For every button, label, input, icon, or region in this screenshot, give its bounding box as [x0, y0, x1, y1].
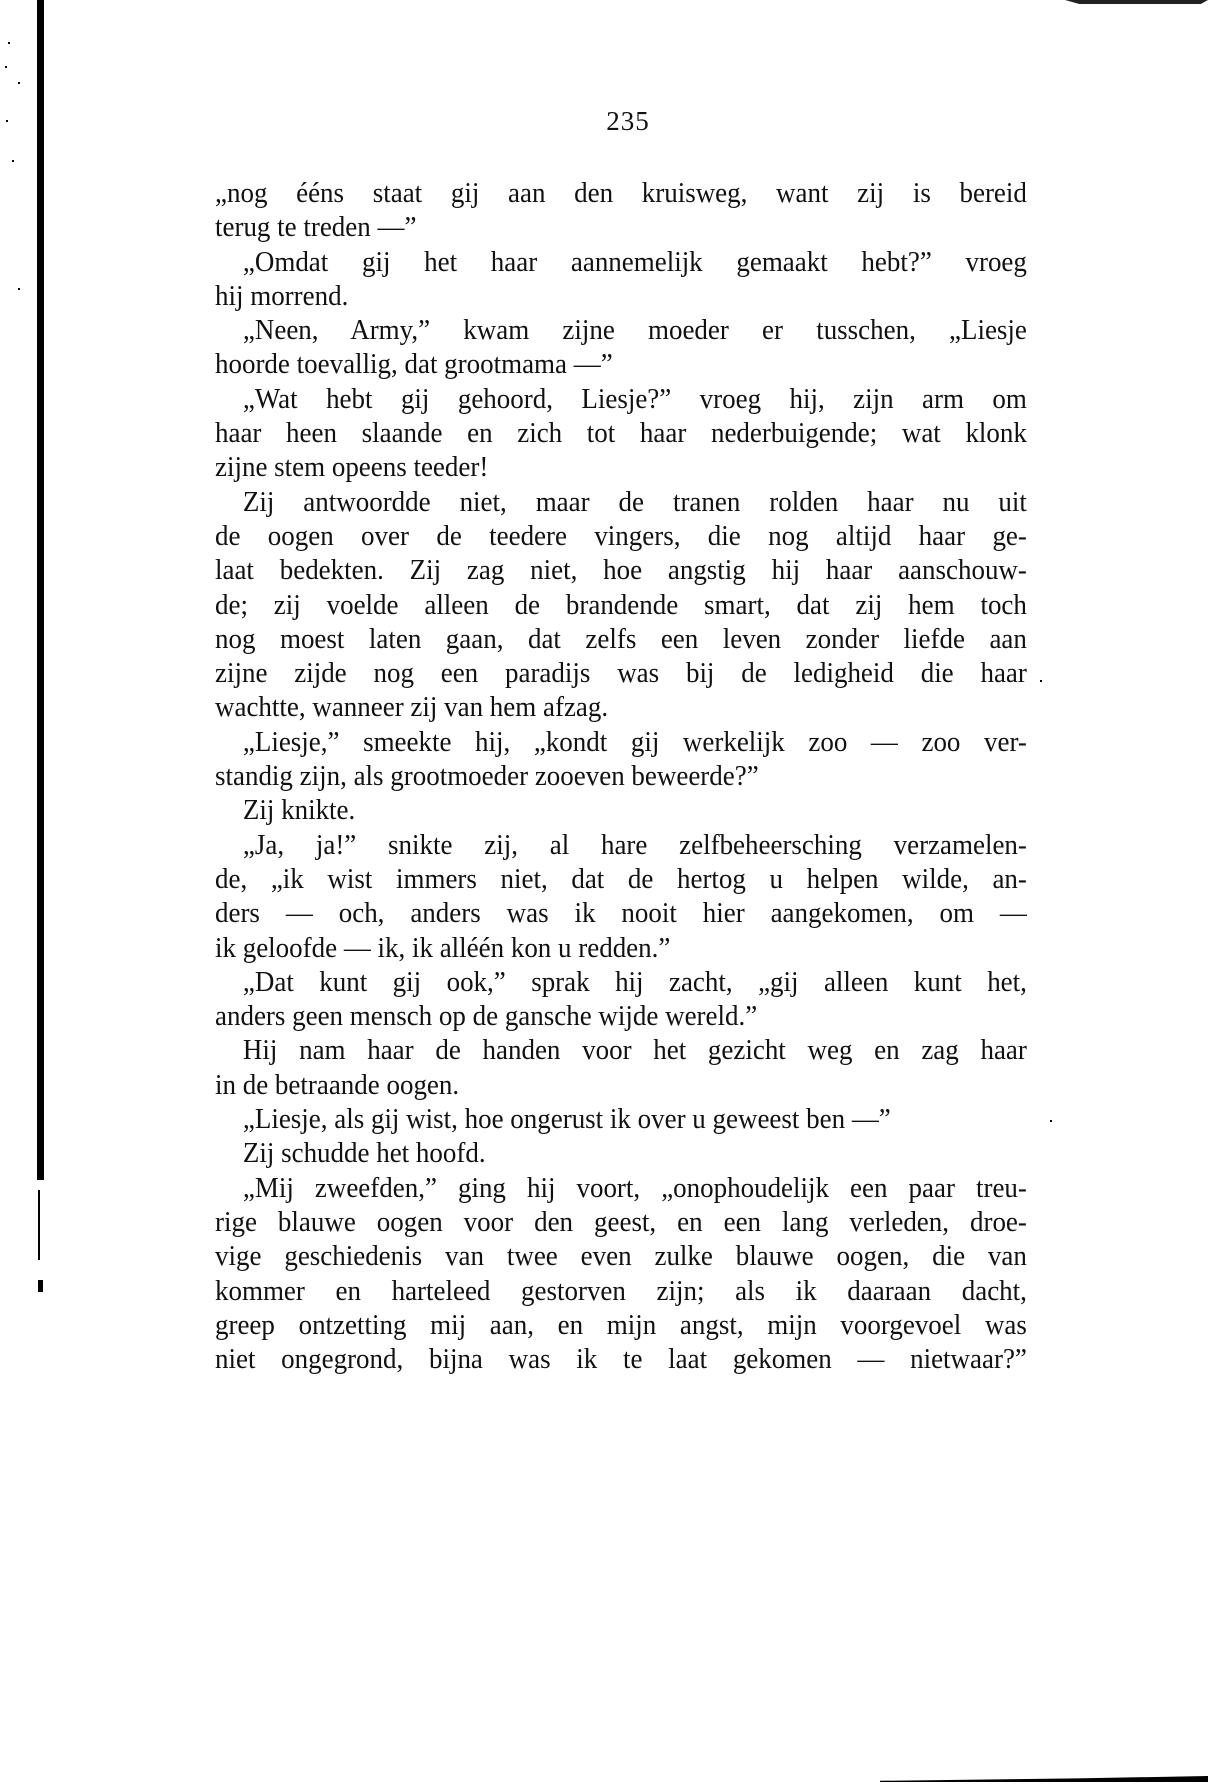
scan-speck — [18, 82, 20, 84]
text-line: hoorde toevallig, dat grootmama —” — [215, 347, 1027, 381]
text-line: „Neen, Army,” kwam zijne moeder er tussc… — [215, 313, 1027, 347]
scan-speck — [1040, 680, 1042, 682]
scan-bottom-edge-artifact — [880, 1776, 1208, 1782]
text-line: „Mij zweefden,” ging hij voort, „onophou… — [215, 1171, 1027, 1205]
text-line: „nog ééns staat gij aan den kruisweg, wa… — [215, 176, 1027, 210]
text-line: „Ja, ja!” snikte zij, al hare zelfbeheer… — [215, 828, 1027, 862]
text-line: standig zijn, als grootmoeder zooeven be… — [215, 759, 1027, 793]
body-text: „nog ééns staat gij aan den kruisweg, wa… — [215, 176, 1027, 1376]
text-line: de; zij voelde alleen de brandende smart… — [215, 588, 1027, 622]
scan-speck — [5, 66, 7, 68]
text-line: in de betraande oogen. — [215, 1068, 1027, 1102]
book-binding-mark — [38, 1280, 43, 1292]
text-line: greep ontzetting mij aan, en mijn angst,… — [215, 1308, 1027, 1342]
text-line: nog moest laten gaan, dat zelfs een leve… — [215, 622, 1027, 656]
book-binding-shadow — [37, 0, 44, 1180]
text-line: zijne stem opeens teeder! — [215, 450, 1027, 484]
text-line: ders — och, anders was ik nooit hier aan… — [215, 896, 1027, 930]
text-line: Zij antwoordde niet, maar de tranen rold… — [215, 485, 1027, 519]
text-line: haar heen slaande en zich tot haar neder… — [215, 416, 1027, 450]
scan-speck — [8, 42, 10, 44]
text-line: kommer en harteleed gestorven zijn; als … — [215, 1274, 1027, 1308]
text-line: „Liesje, als gij wist, hoe ongerust ik o… — [215, 1102, 1027, 1136]
text-line: ik geloofde — ik, ik alléén kon u redden… — [215, 931, 1027, 965]
page-number: 235 — [0, 106, 1208, 137]
book-binding-shadow-thin — [38, 1190, 40, 1260]
scan-speck — [18, 288, 20, 290]
scan-speck — [12, 160, 14, 162]
text-line: vige geschiedenis van twee even zulke bl… — [215, 1239, 1027, 1273]
text-line: wachtte, wanneer zij van hem afzag. — [215, 690, 1027, 724]
text-line: Zij knikte. — [215, 793, 1027, 827]
text-line: „Dat kunt gij ook,” sprak hij zacht, „gi… — [215, 965, 1027, 999]
text-line: „Omdat gij het haar aannemelijk gemaakt … — [215, 245, 1027, 279]
text-line: „Wat hebt gij gehoord, Liesje?” vroeg hi… — [215, 382, 1027, 416]
text-line: Zij schudde het hoofd. — [215, 1136, 1027, 1170]
text-line: hij morrend. — [215, 279, 1027, 313]
text-line: Hij nam haar de handen voor het gezicht … — [215, 1033, 1027, 1067]
text-line: laat bedekten. Zij zag niet, hoe angstig… — [215, 553, 1027, 587]
text-line: de oogen over de teedere vingers, die no… — [215, 519, 1027, 553]
text-line: „Liesje,” smeekte hij, „kondt gij werkel… — [215, 725, 1027, 759]
text-line: niet ongegrond, bijna was ik te laat gek… — [215, 1342, 1027, 1376]
scan-speck — [1050, 1120, 1052, 1122]
text-line: zijne zijde nog een paradijs was bij de … — [215, 656, 1027, 690]
scan-top-edge-artifact — [1065, 0, 1208, 4]
text-line: anders geen mensch op de gansche wijde w… — [215, 999, 1027, 1033]
text-line: rige blauwe oogen voor den geest, en een… — [215, 1205, 1027, 1239]
text-line: terug te treden —” — [215, 210, 1027, 244]
text-line: de, „ik wist immers niet, dat de hertog … — [215, 862, 1027, 896]
